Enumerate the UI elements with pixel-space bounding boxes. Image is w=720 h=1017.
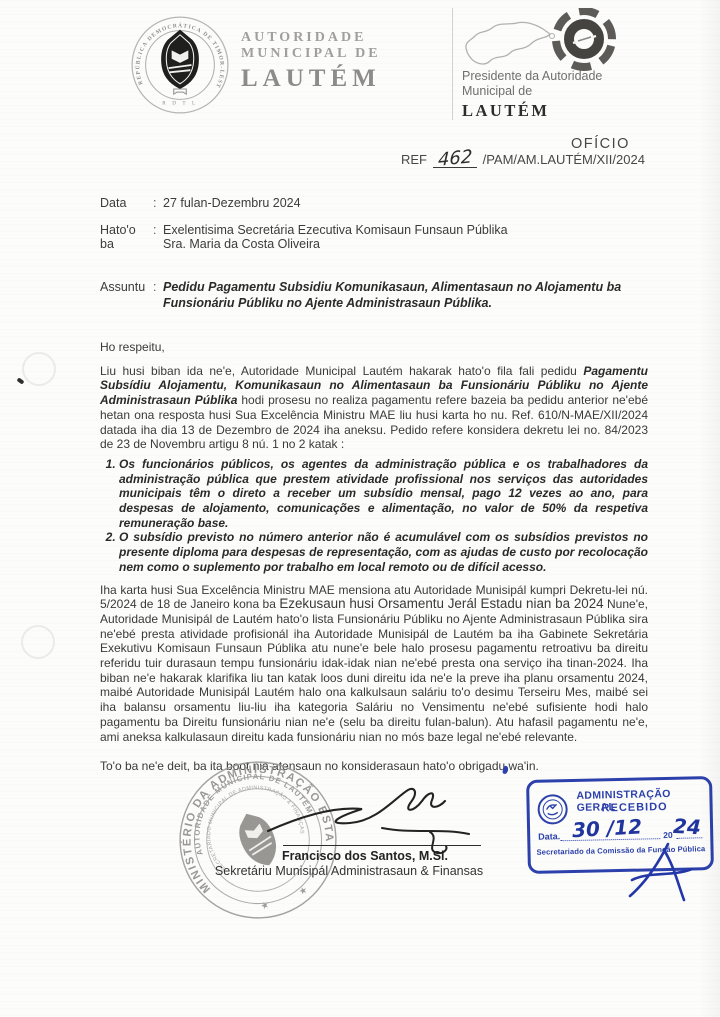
list-item: O subsídio previsto no número anterior n…: [119, 530, 648, 574]
president-line-1: Presidente da Autoridade: [462, 69, 602, 84]
blue-initial-flourish: [620, 840, 700, 906]
president-header-block: Presidente da Autoridade Municipal de LA…: [452, 8, 652, 120]
banner-scroll: [174, 89, 187, 94]
seal-star-left: ★: [259, 899, 271, 911]
list-item: Os funcionários públicos, os agentes da …: [119, 457, 648, 531]
salutation: Ho respeitu,: [100, 340, 648, 355]
closing-paragraph: To'o ba ne'e deit, ba ita boot nia atens…: [100, 759, 648, 774]
p1-text: Liu husi biban ida ne'e, Autoridade Muni…: [100, 364, 583, 378]
ref-label: REF: [401, 152, 427, 167]
stamp-year-handwritten: 24: [672, 814, 701, 839]
stamp-date-handwritten: 30 /12: [571, 814, 642, 842]
org-name: LAUTÉM: [241, 66, 381, 92]
ink-speck: [16, 377, 24, 384]
signature-rule: [283, 845, 481, 846]
reference-line: REF 462 /PAM/AM.LAUTÉM/XII/2024: [401, 152, 645, 168]
stamp-date-label: Data.: [538, 831, 560, 841]
separator-colon: :: [153, 280, 163, 294]
list-item-text: Os funcionários públicos, os agentes da …: [119, 457, 648, 530]
date-value: 27 fulan-Dezembru 2024: [163, 196, 301, 210]
president-line-2: Municipal de: [462, 84, 602, 99]
recipient-line-1: Exelentisima Secretária Ezecutiva Komisa…: [163, 223, 508, 237]
p2-text-cont: Nune'e, Autoridade Munisipál de Lautém h…: [100, 597, 648, 743]
recipient-label: Hato'o ba: [100, 223, 153, 251]
timor-leste-national-seal-icon: REPÚBLICA DEMOCRÁTICA DE TIMOR-LESTE R D…: [130, 15, 230, 115]
authority-name-block: AUTORIDADE MUNICIPAL DE LAUTÉM: [241, 30, 381, 92]
president-municipality-name: LAUTÉM: [462, 101, 602, 121]
signatory-name: Francisco dos Santos, M.Si.: [235, 849, 495, 863]
decree-article-list: Os funcionários públicos, os agentes da …: [100, 457, 648, 575]
recipient-line-2: Sra. Maria da Costa Oliveira: [163, 237, 508, 251]
date-row: Data : 27 fulan-Dezembru 2024: [100, 196, 648, 210]
scanned-letter-page: REPÚBLICA DEMOCRÁTICA DE TIMOR-LESTE R D…: [0, 0, 720, 1017]
letter-body: Ho respeitu, Liu husi biban ida ne'e, Au…: [100, 340, 648, 774]
seal-bottom-text: R D T L: [162, 101, 197, 107]
date-label: Data: [100, 196, 153, 210]
org-line-2: MUNICIPAL DE: [241, 46, 381, 62]
signatory-title: Sekretáriu Munisipál Administrasaun & Fi…: [178, 864, 520, 878]
ref-number-handwritten: 462: [433, 152, 477, 168]
cfp-emblem-icon: [535, 792, 570, 827]
subject-value: Pedidu Pagamentu Subsidiu Komunikasaun, …: [163, 280, 645, 311]
recipient-value: Exelentisima Secretária Ezecutiva Komisa…: [163, 223, 508, 251]
lautem-map-outline-icon: [459, 12, 559, 74]
subject-label: Assuntu: [100, 280, 153, 294]
paragraph-1: Liu husi biban ida ne'e, Autoridade Muni…: [100, 364, 648, 452]
recipient-row: Hato'o ba : Exelentisima Secretária Ezec…: [100, 223, 648, 251]
ref-suffix: /PAM/AM.LAUTÉM/XII/2024: [483, 152, 645, 167]
letter-meta: Data : 27 fulan-Dezembru 2024 Hato'o ba …: [100, 196, 648, 311]
p2-budget-reference: Ezekusaun husi Orsamentu Jerál Estadu ni…: [279, 596, 603, 611]
separator-colon: :: [153, 196, 163, 210]
separator-colon: :: [153, 223, 163, 237]
paragraph-2: Iha karta husi Sua Excelência Ministru M…: [100, 583, 648, 745]
gear-logo-icon: [551, 8, 617, 74]
seal-star-right: ★: [297, 884, 309, 896]
org-line-1: AUTORIDADE: [241, 30, 381, 46]
hole-punch-mark-bottom: [21, 625, 55, 659]
document-type-title: OFÍCIO: [571, 136, 630, 152]
stamp-year-printed: 20: [663, 830, 673, 840]
stamp-received-label: RECEBIDO: [577, 800, 693, 814]
subject-row: Assuntu : Pedidu Pagamentu Subsidiu Komu…: [100, 280, 648, 311]
hole-punch-mark-top: [22, 352, 56, 386]
list-item-text: O subsídio previsto no número anterior n…: [119, 530, 648, 573]
